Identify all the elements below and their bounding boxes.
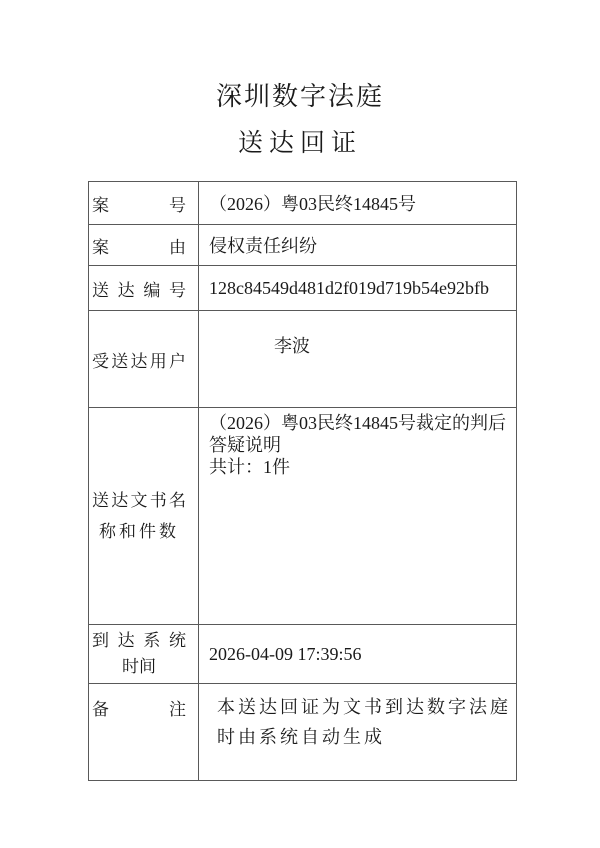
arrival-time-label-line2: 时间 [92, 654, 186, 680]
documents-label-line2: 称和件数 [92, 516, 186, 547]
delivery-number-label: 送达编号 [89, 266, 199, 311]
remark-line2: 时由系统自动生成 [217, 722, 516, 752]
document-name-line1: （2026）粤03民终14845号裁定的判后 [209, 412, 510, 434]
documents-label-line1: 送达文书名 [92, 485, 186, 516]
documents-label: 送达文书名 称和件数 [89, 408, 199, 625]
row-recipient: 受送达用户 李波 [89, 311, 517, 408]
remark-value: 本送达回证为文书到达数字法庭 时由系统自动生成 [199, 684, 517, 781]
arrival-time-value: 2026-04-09 17:39:56 [199, 625, 517, 684]
court-title: 深圳数字法庭 [0, 82, 600, 112]
recipient-label: 受送达用户 [89, 311, 199, 408]
document-page: 深圳数字法庭 送达回证 案号 （2026）粤03民终14845号 案由 侵权责任… [0, 0, 600, 848]
row-case-cause: 案由 侵权责任纠纷 [89, 225, 517, 266]
receipt-table: 案号 （2026）粤03民终14845号 案由 侵权责任纠纷 送达编号 128c… [88, 181, 517, 781]
document-name-line2: 答疑说明 [209, 434, 510, 456]
remark-label: 备注 [89, 684, 199, 781]
arrival-time-label-line1: 到达系统 [92, 628, 186, 654]
row-delivery-number: 送达编号 128c84549d481d2f019d719b54e92bfb [89, 266, 517, 311]
row-remark: 备注 本送达回证为文书到达数字法庭 时由系统自动生成 [89, 684, 517, 781]
recipient-value: 李波 [199, 311, 517, 408]
case-number-label: 案号 [89, 182, 199, 225]
row-arrival-time: 到达系统 时间 2026-04-09 17:39:56 [89, 625, 517, 684]
case-cause-label: 案由 [89, 225, 199, 266]
case-number-value: （2026）粤03民终14845号 [199, 182, 517, 225]
case-cause-value: 侵权责任纠纷 [199, 225, 517, 266]
row-case-number: 案号 （2026）粤03民终14845号 [89, 182, 517, 225]
documents-value: （2026）粤03民终14845号裁定的判后 答疑说明 共计：1件 [199, 408, 517, 625]
document-title: 送达回证 [0, 130, 600, 158]
row-documents: 送达文书名 称和件数 （2026）粤03民终14845号裁定的判后 答疑说明 共… [89, 408, 517, 625]
remark-line1: 本送达回证为文书到达数字法庭 [217, 692, 516, 722]
arrival-time-label: 到达系统 时间 [89, 625, 199, 684]
delivery-number-value: 128c84549d481d2f019d719b54e92bfb [199, 266, 517, 311]
document-count: 共计：1件 [209, 456, 510, 478]
